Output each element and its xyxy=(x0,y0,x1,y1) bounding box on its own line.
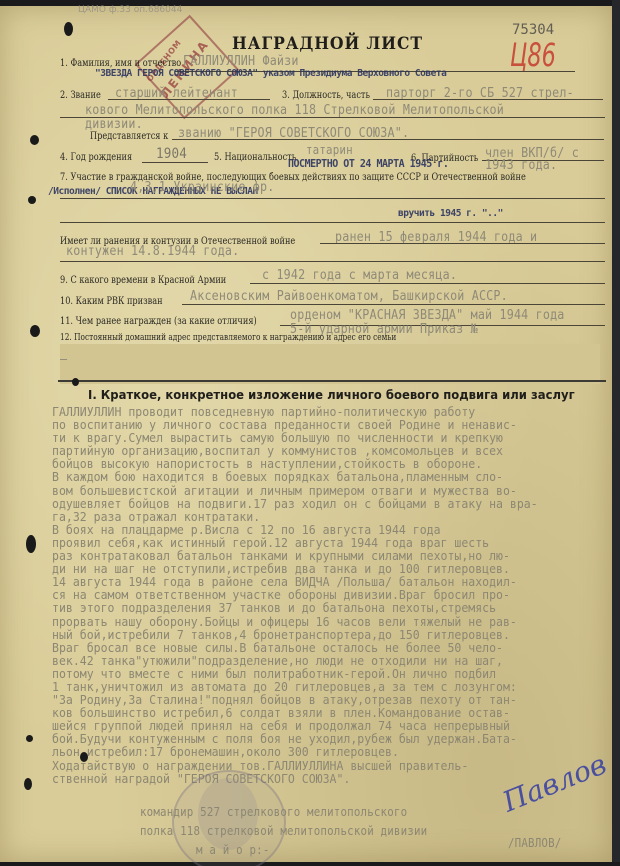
field-12-value: — xyxy=(60,352,67,367)
ink-blot-icon xyxy=(80,752,88,762)
field-7-overprint-2: вручить 1945 г. ".." xyxy=(398,208,503,219)
signature-line-3: м а й о р:- xyxy=(196,843,270,857)
field-4-label: 4. Год рождения xyxy=(60,152,132,163)
field-1-overprint: "ЗВЕЗДА ГЕРОЯ СОВЕТСКОГО СОЮЗА" указом П… xyxy=(95,68,446,79)
field-4-rule xyxy=(142,162,208,163)
ink-blot-icon xyxy=(24,778,32,790)
scan-edge xyxy=(612,0,620,866)
field-9-rule xyxy=(250,283,605,284)
field-4-value: 1904 xyxy=(156,146,187,162)
signature-line-1: командир 527 стрелкового мелитопольского xyxy=(140,805,407,819)
field-9-label: 9. С какого времени в Красной Армии xyxy=(60,275,226,286)
field-6-value-cont: 1943 года. xyxy=(485,158,557,173)
ink-blot-icon xyxy=(26,535,36,553)
narrative-line: ственной наградой "ГЕРОЯ СОВЕТСКОГО СОЮЗ… xyxy=(52,772,573,785)
section-divider xyxy=(58,380,606,382)
field-8-rule xyxy=(320,243,605,244)
field-5-value: татарин xyxy=(306,143,353,157)
field-3-rule xyxy=(373,99,603,100)
ink-blot-icon xyxy=(30,325,40,337)
field-12-label: 12. Постоянный домашний адрес представля… xyxy=(60,333,396,343)
section-title: I. Краткое, конкретное изложение личного… xyxy=(88,387,575,402)
ink-blot-icon xyxy=(72,378,79,386)
ink-blot-icon xyxy=(64,22,73,36)
field-3-label: 3. Должность, часть xyxy=(282,90,370,101)
field-7-value: 4,3,1 Украинские фр. xyxy=(130,180,274,195)
field-5-label: 5. Национальность xyxy=(214,152,296,163)
pencil-note: ЦАМО ф.33 оп.686044 xyxy=(78,5,182,15)
field-2-rule xyxy=(108,99,270,100)
field-10-label: 10. Каким РВК призван xyxy=(60,296,163,307)
field-8-value-cont: контужен 14.8.1944 года. xyxy=(66,244,239,259)
presented-rule xyxy=(172,139,604,140)
signatory-name: /ПАВЛОВ/ xyxy=(508,836,561,850)
field-10-rule xyxy=(182,304,605,305)
red-pencil-mark: Ц86 xyxy=(510,36,556,74)
presented-label: Представляется к xyxy=(90,131,168,142)
field-1-value: ГАЛЛИУЛЛИН Файзи xyxy=(183,54,299,69)
redacted-address xyxy=(60,344,600,384)
scan-edge-bottom xyxy=(0,862,620,866)
field-11-label: 11. Чем ранее награжден (за какие отличи… xyxy=(60,316,257,327)
field-3-value-cont-2: дивизии. xyxy=(85,117,143,132)
field-2-label: 2. Звание xyxy=(60,90,101,101)
ink-blot-icon xyxy=(28,196,36,204)
field-7-rule xyxy=(60,198,605,199)
document-title: НАГРАДНОЙ ЛИСТ xyxy=(232,34,423,54)
field-5-overprint: ПОСМЕРТНО ОТ 24 МАРТА 1945 г. xyxy=(288,158,448,170)
field-10-value: Аксеновским Райвоенкоматом, Башкирской А… xyxy=(190,289,508,304)
field-7-rule-2 xyxy=(60,222,605,223)
field-3-value-cont-1: кового Мелитопольского полка 118 Стрелко… xyxy=(85,103,504,118)
narrative-text: ГАЛЛИУЛЛИН проводит повседневную партийн… xyxy=(52,405,612,785)
ink-blot-icon xyxy=(30,135,39,145)
field-9-value: с 1942 года с марта месяца. xyxy=(262,268,457,283)
field-8-rule-2 xyxy=(60,261,605,262)
signature-line-2: полка 118 стрелковой мелитопольской диви… xyxy=(140,824,427,838)
field-11-value: орденом "КРАСНАЯ ЗВЕЗДА" май 1944 года xyxy=(290,308,565,323)
ink-blot-icon xyxy=(26,735,33,742)
